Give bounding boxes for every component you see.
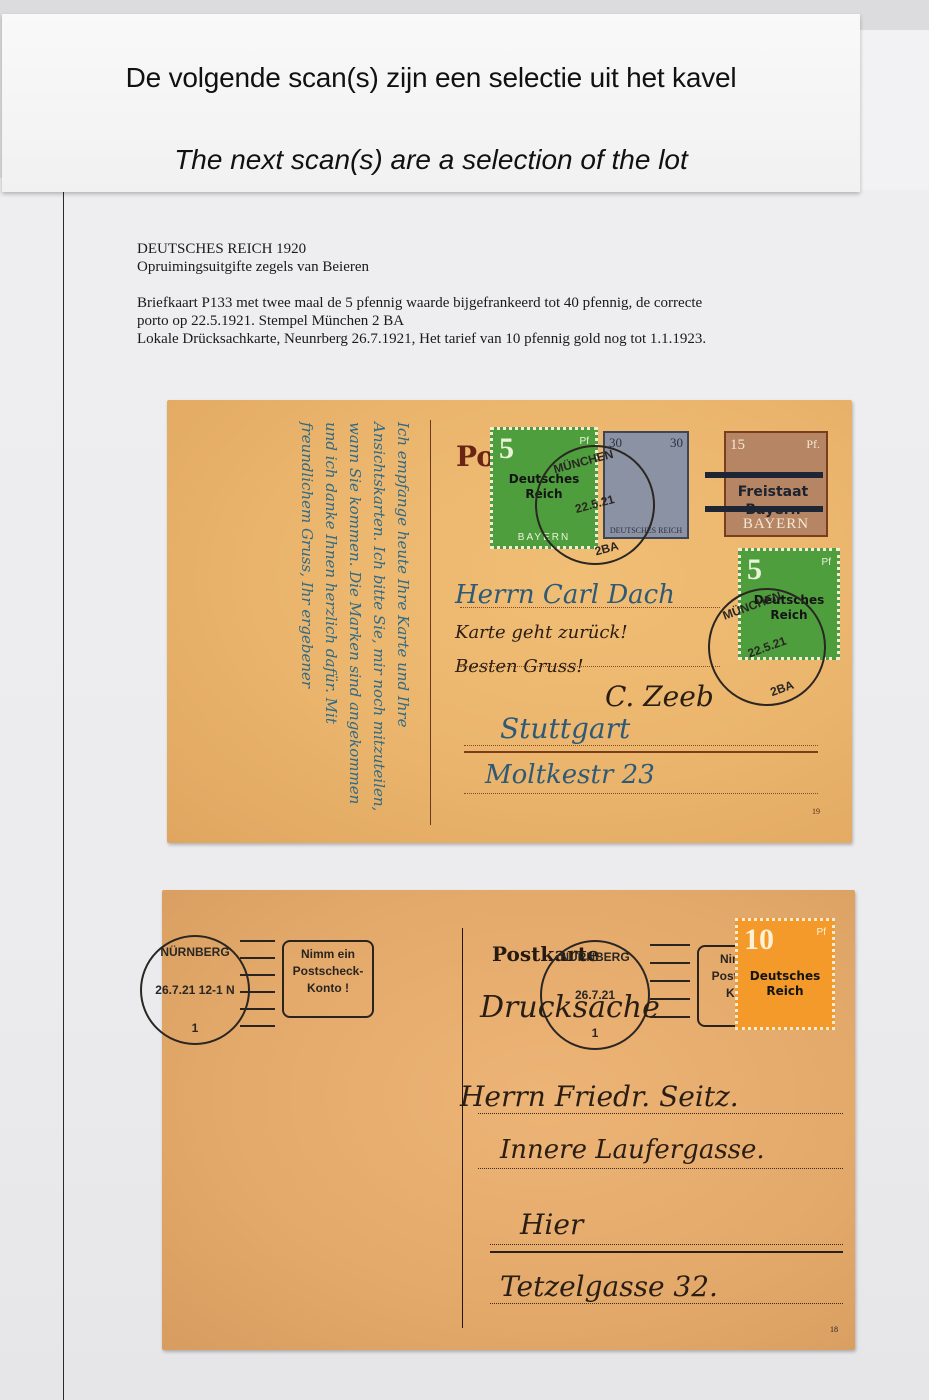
selection-notice-label: De volgende scan(s) zijn een selectie ui… (2, 14, 860, 192)
recipient-name: Herrn Carl Dach (455, 580, 675, 610)
drucksache-handwritten: Drucksache (480, 990, 660, 1025)
notice-english: The next scan(s) are a selection of the … (2, 144, 860, 176)
recipient-street-2b: Tetzelgasse 32. (500, 1270, 718, 1303)
handwritten-message: Ich empfange heute Ihre Karte und Ihre A… (170, 410, 425, 835)
recipient-city-2: Hier (520, 1208, 583, 1241)
cancel-bar-bottom (705, 506, 823, 512)
recipient-street-2a: Innere Laufergasse. (500, 1135, 765, 1165)
card1-divider (430, 420, 431, 825)
indicium-bayern-15: 15 Pf. Freistaat Bayern BAYERN (724, 431, 828, 537)
stamp-10pf: 10 Pf Deutsches Reich (735, 918, 835, 1030)
return-note: Karte geht zurück! (455, 622, 628, 643)
postmark-nurnberg-left: NÜRNBERG 26.7.21 12-1 N 1 (140, 935, 250, 1045)
recipient-street: Moltkestr 23 (485, 760, 655, 790)
notice-dutch: De volgende scan(s) zijn een selectie ui… (2, 62, 860, 94)
description-title: DEUTSCHES REICH 1920 (137, 240, 837, 258)
recipient-name-2: Herrn Friedr. Seitz. (460, 1080, 739, 1113)
description-line-1: Briefkaart P133 met twee maal de 5 pfenn… (137, 294, 837, 312)
greeting-note: Besten Gruss! (455, 656, 584, 677)
recipient-city: Stuttgart (500, 712, 630, 745)
description-line-2: porto op 22.5.1921. Stempel München 2 BA (137, 312, 837, 330)
description-line-3: Lokale Drücksachkarte, Neunrberg 26.7.19… (137, 330, 837, 348)
card2-divider (462, 928, 463, 1328)
description-subtitle: Opruimingsuitgifte zegels van Beieren (137, 258, 837, 276)
signature: C. Zeeb (605, 680, 714, 713)
lot-description: DEUTSCHES REICH 1920 Opruimingsuitgifte … (137, 240, 837, 348)
page-margin-line (63, 178, 64, 1400)
slogan-box-left: Nimm ein Postscheck- Konto ! (282, 940, 374, 1018)
background-page-edge (858, 30, 929, 190)
cancel-bar-top (705, 472, 823, 478)
